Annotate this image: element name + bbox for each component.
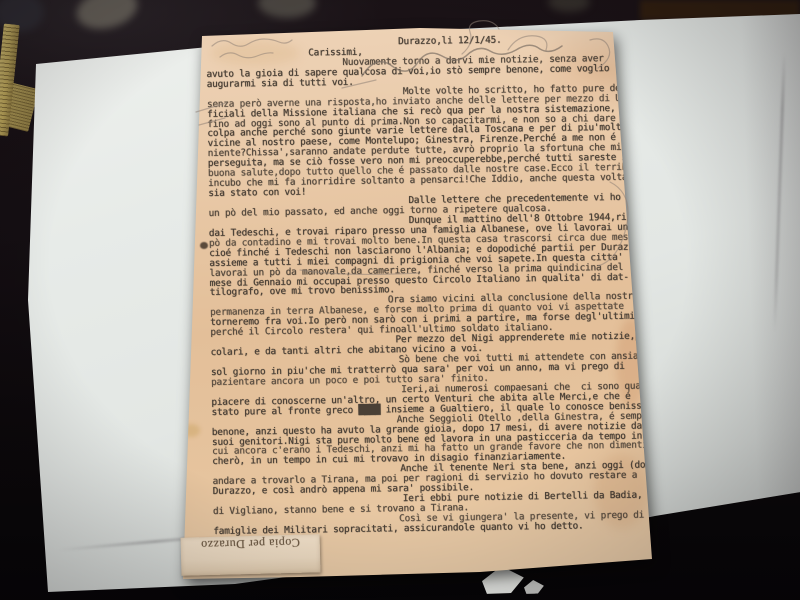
background-blob xyxy=(548,0,590,12)
letter-text: Durazzo,li 12/1/45.Carissimi,Nuovamente … xyxy=(206,33,659,536)
typewritten-letter: Durazzo,li 12/1/45.Carissimi,Nuovamente … xyxy=(180,26,662,582)
letter-paper: Durazzo,li 12/1/45.Carissimi,Nuovamente … xyxy=(180,26,662,582)
yellow-stain xyxy=(182,424,200,437)
background-blob xyxy=(258,0,316,18)
stamp-text: Copia per Durazzo xyxy=(181,534,321,562)
photo-of-letter: Durazzo,li 12/1/45.Carissimi,Nuovamente … xyxy=(0,0,800,600)
ink-blot-stain xyxy=(200,242,208,249)
stamp-slip: Copia per Durazzo xyxy=(181,534,321,575)
background-blob xyxy=(72,0,141,35)
